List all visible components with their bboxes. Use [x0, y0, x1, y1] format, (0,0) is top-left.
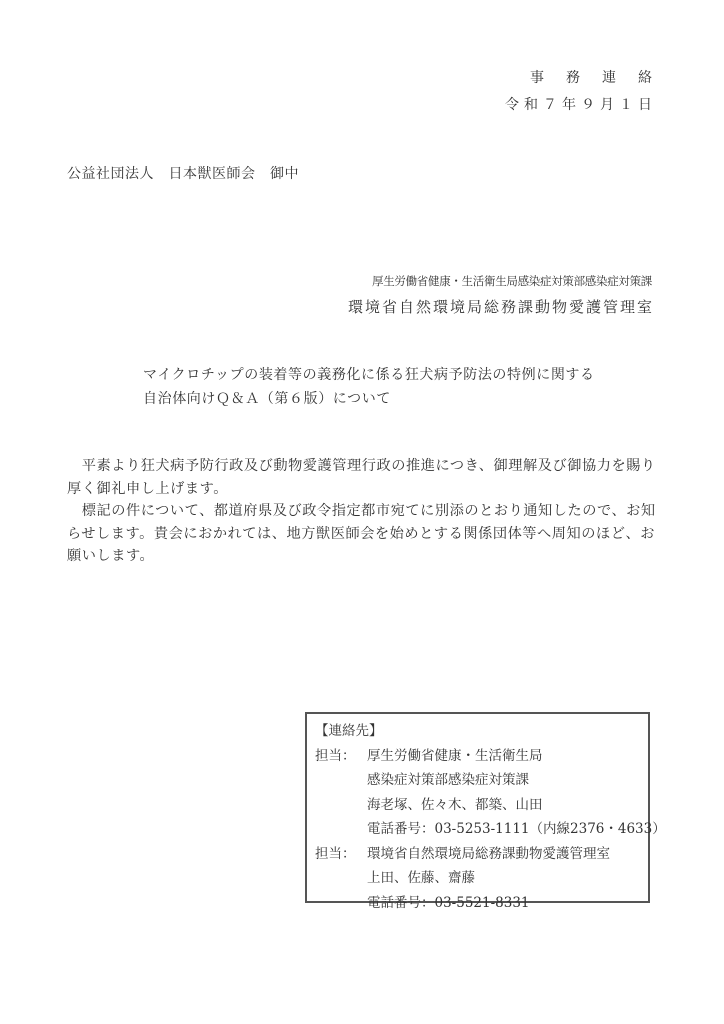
contact-org: 環境省自然環境局総務課動物愛護管理室: [367, 842, 610, 867]
body-text: 平素より狂犬病予防行政及び動物愛護管理行政の推進につき、御理解及び御協力を賜り厚…: [67, 455, 667, 568]
contact-box: 【連絡先】 担当： 厚生労働省健康・生活衛生局 感染症対策部感染症対策課 海老塚…: [305, 712, 650, 903]
contact-persons: 海老塚、佐々木、都築、山田: [315, 793, 648, 818]
sender-mhlw: 厚生労働省健康・生活衛生局感染症対策部感染症対策課: [372, 273, 652, 289]
addressee: 公益社団法人 日本獣医師会 御中: [67, 163, 299, 183]
notice-type: 事務連絡: [530, 67, 674, 87]
body-paragraph: 平素より狂犬病予防行政及び動物愛護管理行政の推進につき、御理解及び御協力を賜り厚…: [67, 455, 667, 500]
contact-entry-mhlw: 担当： 厚生労働省健康・生活衛生局: [315, 744, 648, 769]
contact-persons-text: 海老塚、佐々木、都築、山田: [367, 793, 543, 818]
subject: マイクロチップの装着等の義務化に係る狂犬病予防法の特例に関する 自治体向けＱ＆Ａ…: [143, 363, 595, 411]
subject-line-2: 自治体向けＱ＆Ａ（第６版）について: [143, 387, 595, 411]
contact-persons: 上田、佐藤、齋藤: [315, 866, 648, 891]
contact-phone: 電話番号：03-5253-1111（内線2376・4633）: [315, 817, 648, 842]
contact-org: 厚生労働省健康・生活衛生局: [367, 744, 543, 769]
contact-label: 担当：: [315, 842, 367, 867]
contact-phone-text: 電話番号：03-5521-8331: [367, 891, 530, 916]
contact-heading: 【連絡先】: [315, 719, 648, 744]
contact-persons-text: 上田、佐藤、齋藤: [367, 866, 475, 891]
sender-moe: 環境省自然環境局総務課動物愛護管理室: [348, 296, 654, 317]
subject-line-1: マイクロチップの装着等の義務化に係る狂犬病予防法の特例に関する: [143, 363, 595, 387]
contact-entry-moe: 担当： 環境省自然環境局総務課動物愛護管理室: [315, 842, 648, 867]
body-paragraph: 標記の件について、都道府県及び政令指定都市宛てに別添のとおり通知したので、お知ら…: [67, 500, 667, 568]
contact-dept-text: 感染症対策部感染症対策課: [367, 768, 529, 793]
contact-phone: 電話番号：03-5521-8331: [315, 891, 648, 916]
contact-label: 担当：: [315, 744, 367, 769]
contact-phone-text: 電話番号：03-5253-1111（内線2376・4633）: [367, 817, 666, 842]
notice-date: 令和７年９月１日: [505, 94, 657, 114]
contact-dept: 感染症対策部感染症対策課: [315, 768, 648, 793]
